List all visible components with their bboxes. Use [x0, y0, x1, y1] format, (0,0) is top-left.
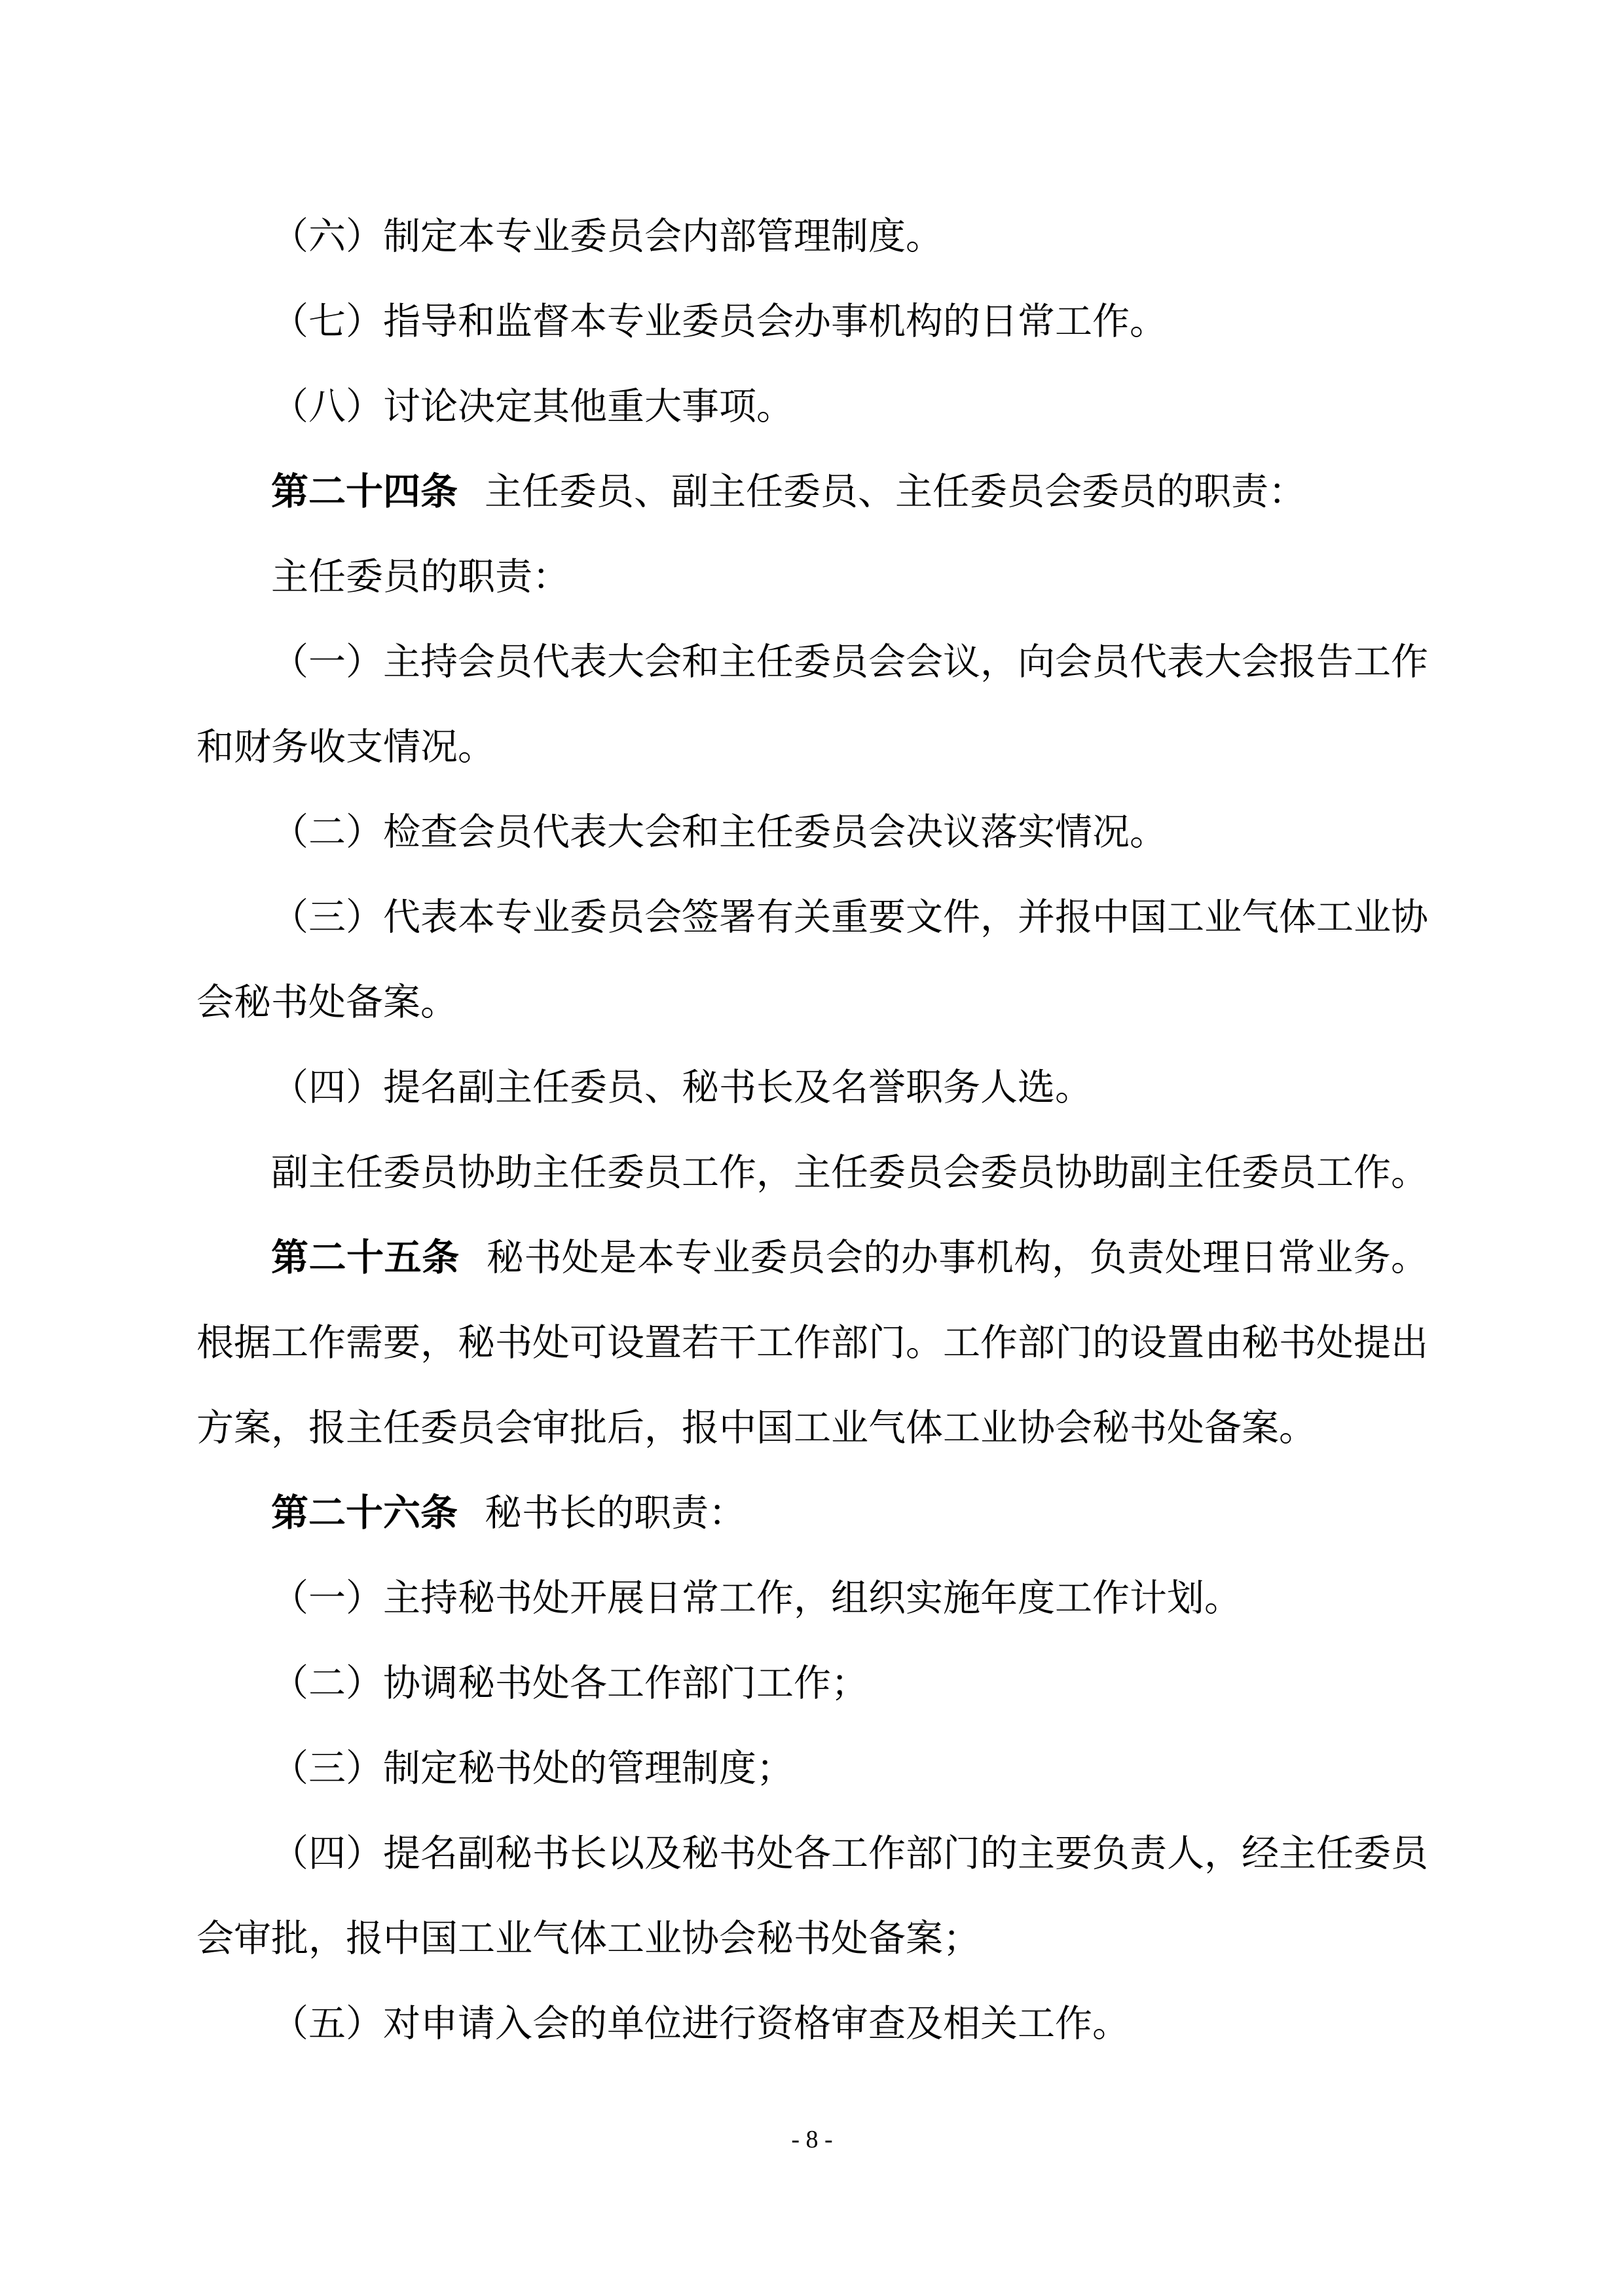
document-body: （六）制定本专业委员会内部管理制度。（七）指导和监督本专业委员会办事机构的日常工… [196, 194, 1428, 2067]
article-number: 第二十六条 [271, 1493, 458, 1534]
article-number: 第二十四条 [271, 471, 458, 513]
paragraph-text: （四）提名副秘书长以及秘书处各工作部门的主要负责人，经主任委员会审批，报中国工业… [196, 1833, 1428, 1959]
paragraph: 副主任委员协助主任委员工作，主任委员会委员协助副主任委员工作。 [196, 1131, 1428, 1216]
paragraph-text: （一）主持会员代表大会和主任委员会会议，向会员代表大会报告工作和财务收支情况。 [196, 642, 1428, 768]
paragraph: （三）代表本专业委员会签署有关重要文件，并报中国工业气体工业协会秘书处备案。 [196, 875, 1428, 1046]
paragraph: （四）提名副主任委员、秘书长及名誉职务人选。 [196, 1046, 1428, 1131]
paragraph-text: （二）检查会员代表大会和主任委员会决议落实情况。 [271, 812, 1167, 853]
paragraph: （七）指导和监督本专业委员会办事机构的日常工作。 [196, 280, 1428, 365]
paragraph-text: 主任委员、副主任委员、主任委员会委员的职责： [485, 471, 1306, 513]
paragraph: （三）制定秘书处的管理制度； [196, 1726, 1428, 1812]
paragraph: 主任委员的职责： [196, 535, 1428, 620]
document-page: （六）制定本专业委员会内部管理制度。（七）指导和监督本专业委员会办事机构的日常工… [0, 0, 1624, 2296]
paragraph: （八）讨论决定其他重大事项。 [196, 365, 1428, 450]
paragraph-text: 秘书长的职责： [485, 1493, 746, 1534]
paragraph-text: （二）协调秘书处各工作部门工作； [271, 1663, 868, 1704]
article-paragraph: 第二十六条秘书长的职责： [196, 1471, 1428, 1556]
paragraph-text: （三）制定秘书处的管理制度； [271, 1748, 794, 1789]
paragraph: （四）提名副秘书长以及秘书处各工作部门的主要负责人，经主任委员会审批，报中国工业… [196, 1812, 1428, 1982]
paragraph: （六）制定本专业委员会内部管理制度。 [196, 194, 1428, 280]
paragraph: （二）检查会员代表大会和主任委员会决议落实情况。 [196, 790, 1428, 875]
paragraph-text: （三）代表本专业委员会签署有关重要文件，并报中国工业气体工业协会秘书处备案。 [196, 897, 1428, 1023]
article-number: 第二十五条 [271, 1237, 460, 1279]
paragraph-text: 副主任委员协助主任委员工作，主任委员会委员协助副主任委员工作。 [271, 1152, 1428, 1194]
article-paragraph: 第二十四条主任委员、副主任委员、主任委员会委员的职责： [196, 450, 1428, 535]
paragraph-text: 主任委员的职责： [271, 556, 570, 598]
paragraph-text: （四）提名副主任委员、秘书长及名誉职务人选。 [271, 1067, 1092, 1108]
paragraph-text: （八）讨论决定其他重大事项。 [271, 386, 794, 428]
page-number: - 8 - [0, 2123, 1624, 2157]
paragraph-text: （六）制定本专业委员会内部管理制度。 [271, 216, 943, 257]
paragraph: （一）主持会员代表大会和主任委员会会议，向会员代表大会报告工作和财务收支情况。 [196, 620, 1428, 790]
article-paragraph: 第二十五条秘书处是本专业委员会的办事机构，负责处理日常业务。根据工作需要，秘书处… [196, 1216, 1428, 1471]
paragraph-text: （五）对申请入会的单位进行资格审查及相关工作。 [271, 2003, 1130, 2045]
paragraph: （一）主持秘书处开展日常工作，组织实施年度工作计划。 [196, 1556, 1428, 1641]
paragraph-text: （一）主持秘书处开展日常工作，组织实施年度工作计划。 [271, 1578, 1242, 1619]
paragraph: （二）协调秘书处各工作部门工作； [196, 1641, 1428, 1726]
paragraph: （五）对申请入会的单位进行资格审查及相关工作。 [196, 1982, 1428, 2067]
paragraph-text: （七）指导和监督本专业委员会办事机构的日常工作。 [271, 301, 1167, 342]
